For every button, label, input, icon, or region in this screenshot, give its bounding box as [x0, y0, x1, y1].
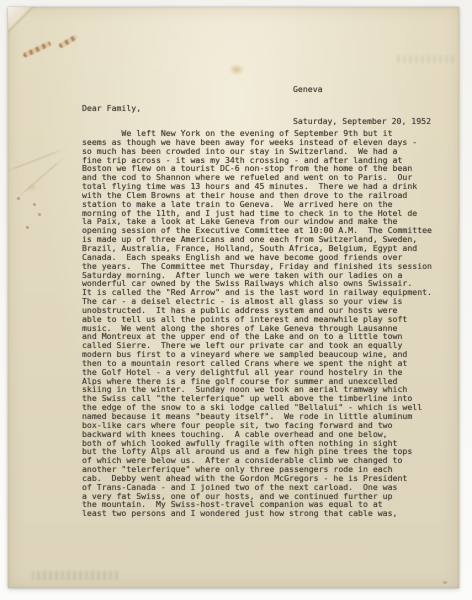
letter-salutation: Dear Family, — [82, 104, 141, 113]
letter-place: Geneva — [293, 84, 431, 95]
foxing-dot — [38, 213, 41, 216]
scanned-letter-page: Geneva Saturday, September 20, 1952 Dear… — [0, 0, 472, 600]
foxing-dot — [443, 581, 447, 584]
letter-body-line: least two persons and I wondered just ho… — [82, 509, 432, 518]
letter-date: Saturday, September 20, 1952 — [293, 116, 431, 127]
letter-paper: Geneva Saturday, September 20, 1952 Dear… — [8, 7, 459, 588]
paper-crease — [5, 149, 64, 173]
foxing-dot — [33, 203, 36, 206]
yellow-stain — [229, 64, 244, 75]
rust-stain-streak — [58, 34, 78, 48]
ink-bleedthrough-mark — [396, 55, 454, 63]
ink-bleedthrough-mark — [32, 571, 118, 580]
foxing-dot — [26, 226, 29, 229]
letter-body: We left New York on the evening of Septe… — [82, 129, 432, 518]
